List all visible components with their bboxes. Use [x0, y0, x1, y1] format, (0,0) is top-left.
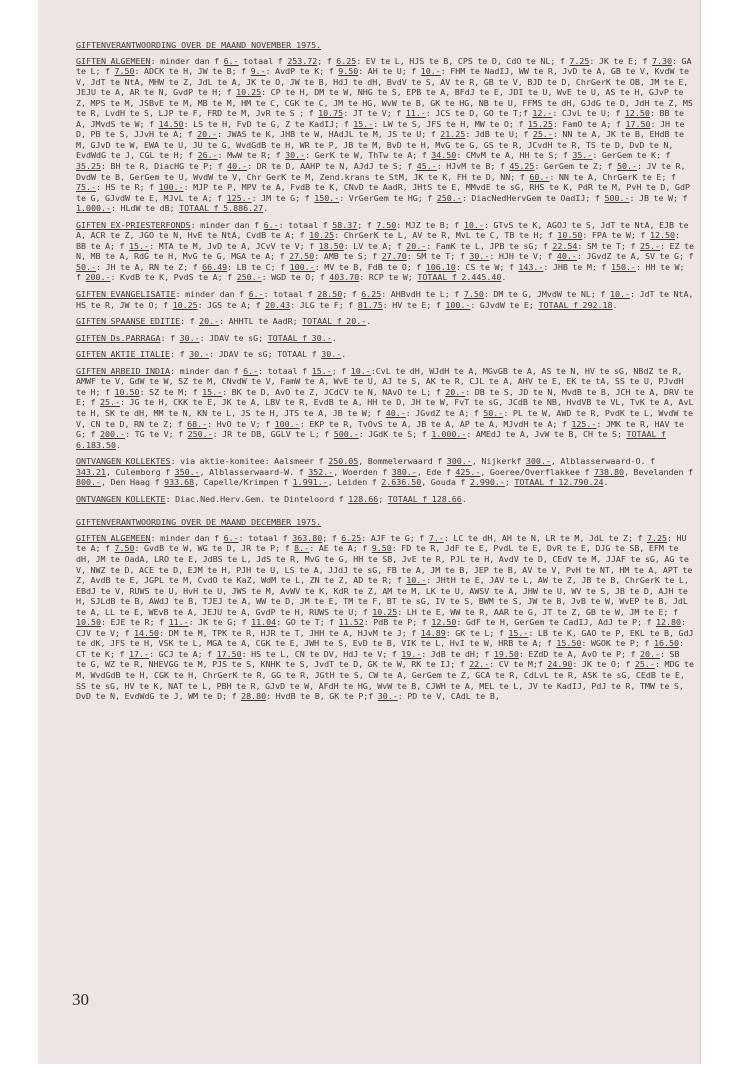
- underlined-text: 9.50: [338, 66, 358, 76]
- text-run: , Leiden f: [328, 477, 382, 487]
- underlined-text: 125.-: [227, 193, 252, 203]
- underlined-text: 7.25: [569, 56, 589, 66]
- underlined-text: 20.-: [445, 387, 465, 397]
- underlined-text: 21.25: [440, 129, 465, 139]
- text-run: : PdB te P; f: [364, 617, 432, 627]
- underlined-text: 50.-: [76, 262, 96, 272]
- underlined-text: 125.-: [571, 419, 596, 429]
- text-run: , Nijkerkf: [472, 456, 526, 466]
- underlined-text: 20.-: [640, 649, 660, 659]
- underlined-text: 16.50: [654, 638, 679, 648]
- underlined-text: 22.54: [552, 241, 577, 251]
- underlined-text: 12.80: [656, 617, 681, 627]
- underlined-text: TOTAAL f 12.790.24: [514, 477, 603, 487]
- underlined-text: GIFTEN Ds.PARRAGA: [76, 333, 161, 343]
- text-run: , Alblasserwaard-W. f: [200, 467, 309, 477]
- underlined-text: 19.50: [494, 649, 519, 659]
- underlined-text: 14.50: [134, 628, 159, 638]
- underlined-text: 40.-: [557, 251, 577, 261]
- underlined-text: 12.-: [532, 108, 552, 118]
- text-run: .: [613, 300, 618, 310]
- text-run: : JR te DB, GGLV te L; f: [213, 429, 334, 439]
- text-run: : JK te G; f: [189, 617, 252, 627]
- underlined-text: 50.-: [483, 408, 503, 418]
- underlined-text: GIFTEN ARBEID INDIA: [76, 366, 170, 376]
- underlined-text: 15.-: [202, 387, 222, 397]
- text-run: : minder dan f: [176, 289, 249, 299]
- underlined-text: 7.25: [647, 533, 667, 543]
- underlined-text: 363.80: [292, 533, 322, 543]
- text-run: : DM te G, JMvdW te NL; f: [484, 289, 610, 299]
- text-run: : MTA te M, JvD te A, JCvV te V; f: [149, 241, 319, 251]
- underlined-text: GIFTEN ALGEMEEN: [76, 56, 151, 66]
- text-run: : HS te L, CN te DV, HdJ te V; f: [242, 649, 402, 659]
- text-run: : AHBvdH te L; f: [381, 289, 464, 299]
- text-run: : HvO te V; f: [207, 419, 275, 429]
- text-run: : JGdK te S; f: [359, 429, 432, 439]
- underlined-text: 24.90: [547, 659, 572, 669]
- underlined-text: 7.50: [115, 543, 135, 553]
- underlined-text: 30.-: [180, 333, 200, 343]
- text-run: .: [332, 333, 337, 343]
- text-run: ; f: [357, 220, 376, 230]
- text-run: ; f: [317, 56, 336, 66]
- text-run: .: [116, 440, 121, 450]
- text-run: : GdF te H, GerGem te CadIJ, AdJ te P; f: [456, 617, 656, 627]
- underlined-text: 25.-: [640, 241, 660, 251]
- underlined-text: 25.-: [533, 129, 553, 139]
- text-run: : GvdB te W, WG te D, JR te P; f: [135, 543, 295, 553]
- underlined-text: 40.-: [386, 408, 406, 418]
- underlined-text: 14.50: [159, 119, 184, 129]
- underlined-text: 10.-: [421, 66, 441, 76]
- text-run: : minder dan f: [151, 56, 224, 66]
- underlined-text: 45.-: [417, 161, 437, 171]
- text-run: : EJE te R; f: [101, 617, 169, 627]
- underlined-text: 27.70: [382, 251, 407, 261]
- underlined-text: GIFTEN SPAANSE EDITIE: [76, 316, 180, 326]
- donation-paragraph: GIFTEN AKTIE ITALIE: f 30.-: JDAV te sG;…: [76, 349, 694, 360]
- text-run: : NN te A, ChrGerK te E; f: [549, 172, 676, 182]
- underlined-text: 12.50: [431, 617, 456, 627]
- underlined-text: 60.-: [529, 172, 549, 182]
- text-run: ; f: [332, 366, 351, 376]
- underlined-text: 8.-: [294, 543, 309, 553]
- underlined-text: 15.-: [129, 241, 149, 251]
- underlined-text: 6.-: [224, 533, 239, 543]
- underlined-text: 200.-: [100, 429, 125, 439]
- text-run: : HV te E; f: [383, 300, 446, 310]
- underlined-text: 10.-: [610, 289, 630, 299]
- underlined-text: 10.25: [309, 230, 334, 240]
- text-run: : LB te C; f: [227, 262, 290, 272]
- text-run: : DM te M, TPK te R, HJR te T, JHH te A,…: [159, 628, 421, 638]
- text-run: : GerGem te K; f: [592, 150, 670, 160]
- underlined-text: 18.50: [319, 241, 344, 251]
- text-run: : HLdW te dB;: [111, 203, 179, 213]
- underlined-text: 128.66: [348, 494, 378, 504]
- underlined-text: 403.70: [329, 272, 359, 282]
- underlined-text: TOTAAL f 20.-: [302, 316, 366, 326]
- underlined-text: 20.-: [406, 241, 426, 251]
- underlined-text: 11.-: [406, 108, 426, 118]
- underlined-text: 1.000.-: [431, 429, 466, 439]
- underlined-text: 12.50: [650, 230, 675, 240]
- text-run: : AH te U; f: [358, 66, 421, 76]
- underlined-text: 200.-: [86, 272, 111, 282]
- text-run: : f: [170, 349, 189, 359]
- text-run: : Diac.Ned.Herv.Gem. te Dinteloord f: [166, 494, 349, 504]
- underlined-text: 28.80: [241, 691, 266, 701]
- text-run: ; f: [322, 533, 341, 543]
- underlined-text: 7.50: [115, 66, 135, 76]
- underlined-text: GIFTENVERANTWOORDING OVER DE MAAND DECEM…: [76, 517, 321, 527]
- text-run: : JDAV te sG; TOTAAL f: [209, 349, 321, 359]
- underlined-text: ONTVANGEN KOLLEKTE: [76, 494, 166, 504]
- text-run: : ADCK te H, JW te B; f: [135, 66, 251, 76]
- underlined-text: 10.50: [557, 230, 582, 240]
- text-run: totaal f: [239, 56, 288, 66]
- text-run: : KvdB te K, PvdS te A; f: [111, 272, 237, 282]
- underlined-text: 10.25: [236, 87, 261, 97]
- text-run: : CJvL te U; f: [552, 108, 625, 118]
- text-run: : RCP te W;: [359, 272, 417, 282]
- underlined-text: 6.-: [264, 220, 279, 230]
- text-run: : WGOK te P; f: [581, 638, 654, 648]
- text-run: : GO te T; f: [276, 617, 339, 627]
- text-run: , Capelle/Krimpen f: [194, 477, 293, 487]
- underlined-text: 100.-: [445, 300, 470, 310]
- text-run: : EKP te R, TvOvS te A, JB te A, AP te A…: [300, 419, 572, 429]
- text-run: : CS te W; f: [456, 262, 519, 272]
- underlined-text: 17.-: [129, 649, 149, 659]
- text-run: : EV te L, HJS te B, CPS te D, CdO te NL…: [356, 56, 569, 66]
- text-run: : AHHTL te AadR;: [219, 316, 302, 326]
- underlined-text: 500.-: [604, 193, 629, 203]
- underlined-text: 380.-: [392, 467, 417, 477]
- section-heading: GIFTENVERANTWOORDING OVER DE MAAND DECEM…: [76, 517, 694, 528]
- underlined-text: TOTAAL f 2.445.40: [417, 272, 501, 282]
- underlined-text: 30.-: [378, 691, 398, 701]
- underlined-text: 6.25: [361, 289, 381, 299]
- underlined-text: 15.-: [312, 366, 332, 376]
- underlined-text: 58.37: [332, 220, 357, 230]
- underlined-text: 6.25: [341, 533, 361, 543]
- text-run: ; f: [342, 289, 361, 299]
- underlined-text: 253.72: [287, 56, 317, 66]
- underlined-text: 25.-: [635, 659, 655, 669]
- text-run: : FamK te L, JPB te sG; f: [426, 241, 552, 251]
- text-run: : JK te E; f: [589, 56, 652, 66]
- underlined-text: GIFTEN EX-PRIESTERFONDS: [76, 220, 191, 230]
- text-run: , Culemborg f: [106, 467, 175, 477]
- underlined-text: 20.-: [199, 316, 219, 326]
- underlined-text: TOTAAL f 30.-: [268, 333, 332, 343]
- text-run: : AMEdJ te A, JvW te B, CH te S;: [466, 429, 626, 439]
- donation-paragraph: ONTVANGEN KOLLEKTE: Diac.Ned.Herv.Gem. t…: [76, 494, 694, 505]
- text-run: : CMvM te A, HH te S; f: [456, 150, 572, 160]
- underlined-text: TOTAAL f 292.18: [538, 300, 612, 310]
- text-run: : minder dan f: [151, 533, 224, 543]
- text-run: : HvdB te B, GK te P;f: [266, 691, 378, 701]
- text-run: : JK te O; f: [572, 659, 635, 669]
- underlined-text: 7.50: [464, 289, 484, 299]
- underlined-text: 106.10: [426, 262, 456, 272]
- text-run: : EZdD te A, AvO te P; f: [519, 649, 640, 659]
- text-run: : BH te R, DiacHG te P; f: [101, 161, 227, 171]
- underlined-text: 933.68: [164, 477, 194, 487]
- text-run: : MwW te R; f: [218, 150, 286, 160]
- text-run: , Alblasserwaard-O. f: [551, 456, 655, 466]
- underlined-text: 11.-: [169, 617, 189, 627]
- underlined-text: 35.25: [76, 161, 101, 171]
- underlined-text: 34.50: [431, 150, 456, 160]
- text-run: : GerGem te Z; f: [534, 161, 617, 171]
- donation-paragraph: GIFTEN SPAANSE EDITIE: f 20.-: AHHTL te …: [76, 316, 694, 327]
- underlined-text: 27.50: [289, 251, 314, 261]
- text-run: .: [462, 494, 467, 504]
- underlined-text: 100.-: [159, 182, 184, 192]
- underlined-text: 50.-: [617, 161, 637, 171]
- text-run: : JGvdZ te A; f: [406, 408, 484, 418]
- text-run: : AE te A; f: [309, 543, 372, 553]
- underlined-text: 9.50: [372, 543, 392, 553]
- text-run: : LW te S, JFS te H, MW te O; f: [373, 119, 528, 129]
- section-heading: GIFTENVERANTWOORDING OVER DE MAAND NOVEM…: [76, 40, 694, 51]
- underlined-text: 35.-: [572, 150, 592, 160]
- text-run: : JdB te U; f: [465, 129, 533, 139]
- text-run: : MJZ te B; f: [396, 220, 464, 230]
- underlined-text: 17.50: [625, 119, 650, 129]
- text-run: : f: [180, 316, 199, 326]
- underlined-text: 14.89: [421, 628, 446, 638]
- underlined-text: GIFTENVERANTWOORDING OVER DE MAAND NOVEM…: [76, 40, 321, 50]
- text-run: : GerK te W, ThTw te A; f: [305, 150, 431, 160]
- text-run: : f: [161, 333, 180, 343]
- underlined-text: 7.50: [376, 220, 396, 230]
- underlined-text: GIFTEN ALGEMEEN: [76, 533, 151, 543]
- text-run: : SM te T; f: [577, 241, 640, 251]
- underlined-text: 300.-: [526, 456, 551, 466]
- text-run: .: [603, 477, 608, 487]
- donation-paragraph: GIFTEN ALGEMEEN: minder dan f 6.- totaal…: [76, 56, 694, 214]
- text-run: , Woerden f: [333, 467, 392, 477]
- underlined-text: 250.-: [437, 193, 462, 203]
- underlined-text: 350.-: [175, 467, 200, 477]
- donation-paragraph: GIFTEN EVANGELISATIE: minder dan f 6.-: …: [76, 289, 694, 310]
- text-run: : VrGerGem te HG; f: [339, 193, 437, 203]
- underlined-text: 150.-: [314, 193, 339, 203]
- text-run: : via aktie-komitee: Aalsmeer f: [171, 456, 329, 466]
- underlined-text: 75.-: [76, 182, 96, 192]
- underlined-text: 28.50: [317, 289, 342, 299]
- text-run: : LS te H, FvD te G, Z te KadIJ; f: [184, 119, 354, 129]
- underlined-text: 30.-: [469, 251, 489, 261]
- underlined-text: TOTAAL f 128.66: [388, 494, 462, 504]
- underlined-text: 343.21: [76, 467, 106, 477]
- text-run: ;: [505, 477, 515, 487]
- underlined-text: 15.-: [508, 628, 528, 638]
- underlined-text: 10.-: [464, 220, 484, 230]
- donation-paragraph: ONTVANGEN KOLLEKTES: via aktie-komitee: …: [76, 456, 694, 488]
- text-run: : BK te D, AvO te Z, JCdCV te N, NAvO te…: [222, 387, 445, 397]
- underlined-text: 250.05: [328, 456, 358, 466]
- donation-paragraph: GIFTEN Ds.PARRAGA: f 30.-: JDAV te sG; T…: [76, 333, 694, 344]
- text-run: : HJH te V; f: [489, 251, 557, 261]
- text-run: : totaal f: [239, 533, 293, 543]
- underlined-text: 10.50: [76, 617, 101, 627]
- underlined-text: 100.-: [290, 262, 315, 272]
- text-run: : JWAS te K, JHB te W, HAdJL te M, JS te…: [217, 129, 440, 139]
- text-run: : JH te A, RN te Z; f: [96, 262, 202, 272]
- text-run: : totaal f: [279, 220, 333, 230]
- text-run: , Bevelanden f: [624, 467, 693, 477]
- underlined-text: ONTVANGEN KOLLEKTES: [76, 456, 171, 466]
- text-run: : totaal f: [258, 366, 312, 376]
- text-run: .: [501, 272, 506, 282]
- underlined-text: 26.-: [198, 150, 218, 160]
- text-run: : AJF te G; f: [361, 533, 429, 543]
- text-run: : JLG te F; f: [290, 300, 358, 310]
- text-run: : totaal f: [264, 289, 318, 299]
- donation-paragraph: GIFTEN ARBEID INDIA: minder dan f 6.-: t…: [76, 366, 694, 450]
- underlined-text: 20.43: [265, 300, 290, 310]
- underlined-text: 11.04: [251, 617, 276, 627]
- text-run: : JCS te D, GO te T;f: [426, 108, 533, 118]
- text-run: , Goeree/Overflakkee f: [480, 467, 594, 477]
- text-run: : GCJ te A; f: [149, 649, 217, 659]
- page-number: 30: [72, 990, 89, 1010]
- text-run: : MV te B, FdB te O; f: [315, 262, 426, 272]
- underlined-text: 15.50: [556, 638, 581, 648]
- underlined-text: 6.-: [243, 366, 258, 376]
- underlined-text: 12.50: [625, 108, 650, 118]
- underlined-text: 10.-: [351, 366, 371, 376]
- underlined-text: 738.80: [594, 467, 624, 477]
- underlined-text: 19.-: [401, 649, 421, 659]
- page-content: GIFTENVERANTWOORDING OVER DE MAAND NOVEM…: [76, 40, 694, 708]
- scanned-page: GIFTENVERANTWOORDING OVER DE MAAND NOVEM…: [38, 0, 700, 1064]
- text-run: : minder dan f: [191, 220, 264, 230]
- underlined-text: 10.50: [115, 387, 140, 397]
- underlined-text: GIFTEN AKTIE ITALIE: [76, 349, 170, 359]
- text-run: : FPA te W; f: [582, 230, 650, 240]
- text-run: : ChrGerK te L, AV te R, MvL te C, TB te…: [334, 230, 557, 240]
- underlined-text: 250.-: [237, 272, 262, 282]
- underlined-text: 10.-: [406, 575, 426, 585]
- underlined-text: 6.25: [336, 56, 356, 66]
- underlined-text: 150.-: [611, 262, 636, 272]
- underlined-text: 6.-: [249, 289, 264, 299]
- underlined-text: 425.-: [455, 467, 480, 477]
- underlined-text: 1.991.-: [293, 477, 328, 487]
- underlined-text: 17.50: [217, 649, 242, 659]
- text-run: .: [366, 316, 371, 326]
- underlined-text: 15.25: [528, 119, 553, 129]
- underlined-text: 143.-: [518, 262, 543, 272]
- underlined-text: 300.-: [447, 456, 472, 466]
- text-run: ;: [378, 494, 388, 504]
- text-run: : GK te L; f: [446, 628, 509, 638]
- underlined-text: 15.-: [353, 119, 373, 129]
- underlined-text: 352.-: [308, 467, 333, 477]
- text-run: : HS te R; f: [96, 182, 159, 192]
- underlined-text: 2.636.50: [381, 477, 421, 487]
- text-run: : SM te T; f: [407, 251, 470, 261]
- underlined-text: 1.000.-: [76, 203, 111, 213]
- underlined-text: 800.-: [76, 477, 101, 487]
- underlined-text: 25.-: [100, 397, 120, 407]
- underlined-text: 30.-: [321, 349, 341, 359]
- text-run: : HJvM te B; f: [437, 161, 510, 171]
- underlined-text: 250.-: [188, 429, 213, 439]
- text-run: : JHB te M; f: [543, 262, 611, 272]
- text-run: : CV te M;f: [489, 659, 547, 669]
- text-run: : JB te W; f: [629, 193, 687, 203]
- text-run: : JGS te A; f: [198, 300, 266, 310]
- underlined-text: 40.-: [227, 161, 247, 171]
- text-run: , Bommelerwaard f: [358, 456, 447, 466]
- underlined-text: 81.75: [358, 300, 383, 310]
- text-run: , Ede f: [417, 467, 456, 477]
- underlined-text: 10.25: [173, 300, 198, 310]
- underlined-text: 9.-: [251, 66, 266, 76]
- underlined-text: 2.990.-: [470, 477, 505, 487]
- text-run: .: [263, 203, 268, 213]
- text-run: , Gouda f: [421, 477, 470, 487]
- underlined-text: 6.-: [224, 56, 239, 66]
- donation-paragraph: GIFTEN ALGEMEEN: minder dan f 6.-: totaa…: [76, 533, 694, 702]
- underlined-text: 30.-: [189, 349, 209, 359]
- underlined-text: 45.25: [509, 161, 534, 171]
- underlined-text: GIFTEN EVANGELISATIE: [76, 289, 176, 299]
- underlined-text: 100.-: [275, 419, 300, 429]
- text-run: : JT te V; f: [343, 108, 406, 118]
- text-run: : TG te V; f: [125, 429, 188, 439]
- text-run: : LC te dH, AH te N, LR te M, JdL te Z; …: [444, 533, 647, 543]
- text-run: : LH te E, WW te R, AAR te G, JT te Z, G…: [397, 607, 678, 617]
- text-run: : JM te G; f: [252, 193, 315, 203]
- text-run: : SZ te M; f: [140, 387, 203, 397]
- underlined-text: 11.52: [339, 617, 364, 627]
- underlined-text: 7.-: [429, 533, 444, 543]
- donation-paragraph: GIFTEN EX-PRIESTERFONDS: minder dan f 6.…: [76, 220, 694, 283]
- text-run: : PD te V, CAdL te B,: [398, 691, 500, 701]
- underlined-text: TOTAAL f 5.886.27: [179, 203, 263, 213]
- text-run: : AvdP te K; f: [266, 66, 339, 76]
- text-run: : JdB te dH; f: [421, 649, 494, 659]
- text-run: : LV te A; f: [344, 241, 407, 251]
- text-run: : AMB te S; f: [314, 251, 382, 261]
- text-run: : DR te D, AAHP te N, AJdJ te S; f: [247, 161, 417, 171]
- text-run: : JDAV te sG;: [200, 333, 268, 343]
- text-run: : FamO te A; f: [553, 119, 626, 129]
- underlined-text: 66.49: [202, 262, 227, 272]
- underlined-text: 30.-: [285, 150, 305, 160]
- underlined-text: 500.-: [334, 429, 359, 439]
- text-run: : DiacNedHervGem te OadIJ; f: [462, 193, 605, 203]
- text-run: : JGvdZ te A, SV te G; f: [577, 251, 694, 261]
- underlined-text: 68.-: [187, 419, 207, 429]
- text-run: , Den Haag f: [101, 477, 164, 487]
- text-run: .: [341, 349, 346, 359]
- underlined-text: 20.-: [197, 129, 217, 139]
- underlined-text: 10.25: [372, 607, 397, 617]
- underlined-text: 22.-: [469, 659, 489, 669]
- text-run: : WGD te O; f: [262, 272, 330, 282]
- text-run: : minder dan f: [170, 366, 243, 376]
- text-run: : GJvdW te E;: [470, 300, 538, 310]
